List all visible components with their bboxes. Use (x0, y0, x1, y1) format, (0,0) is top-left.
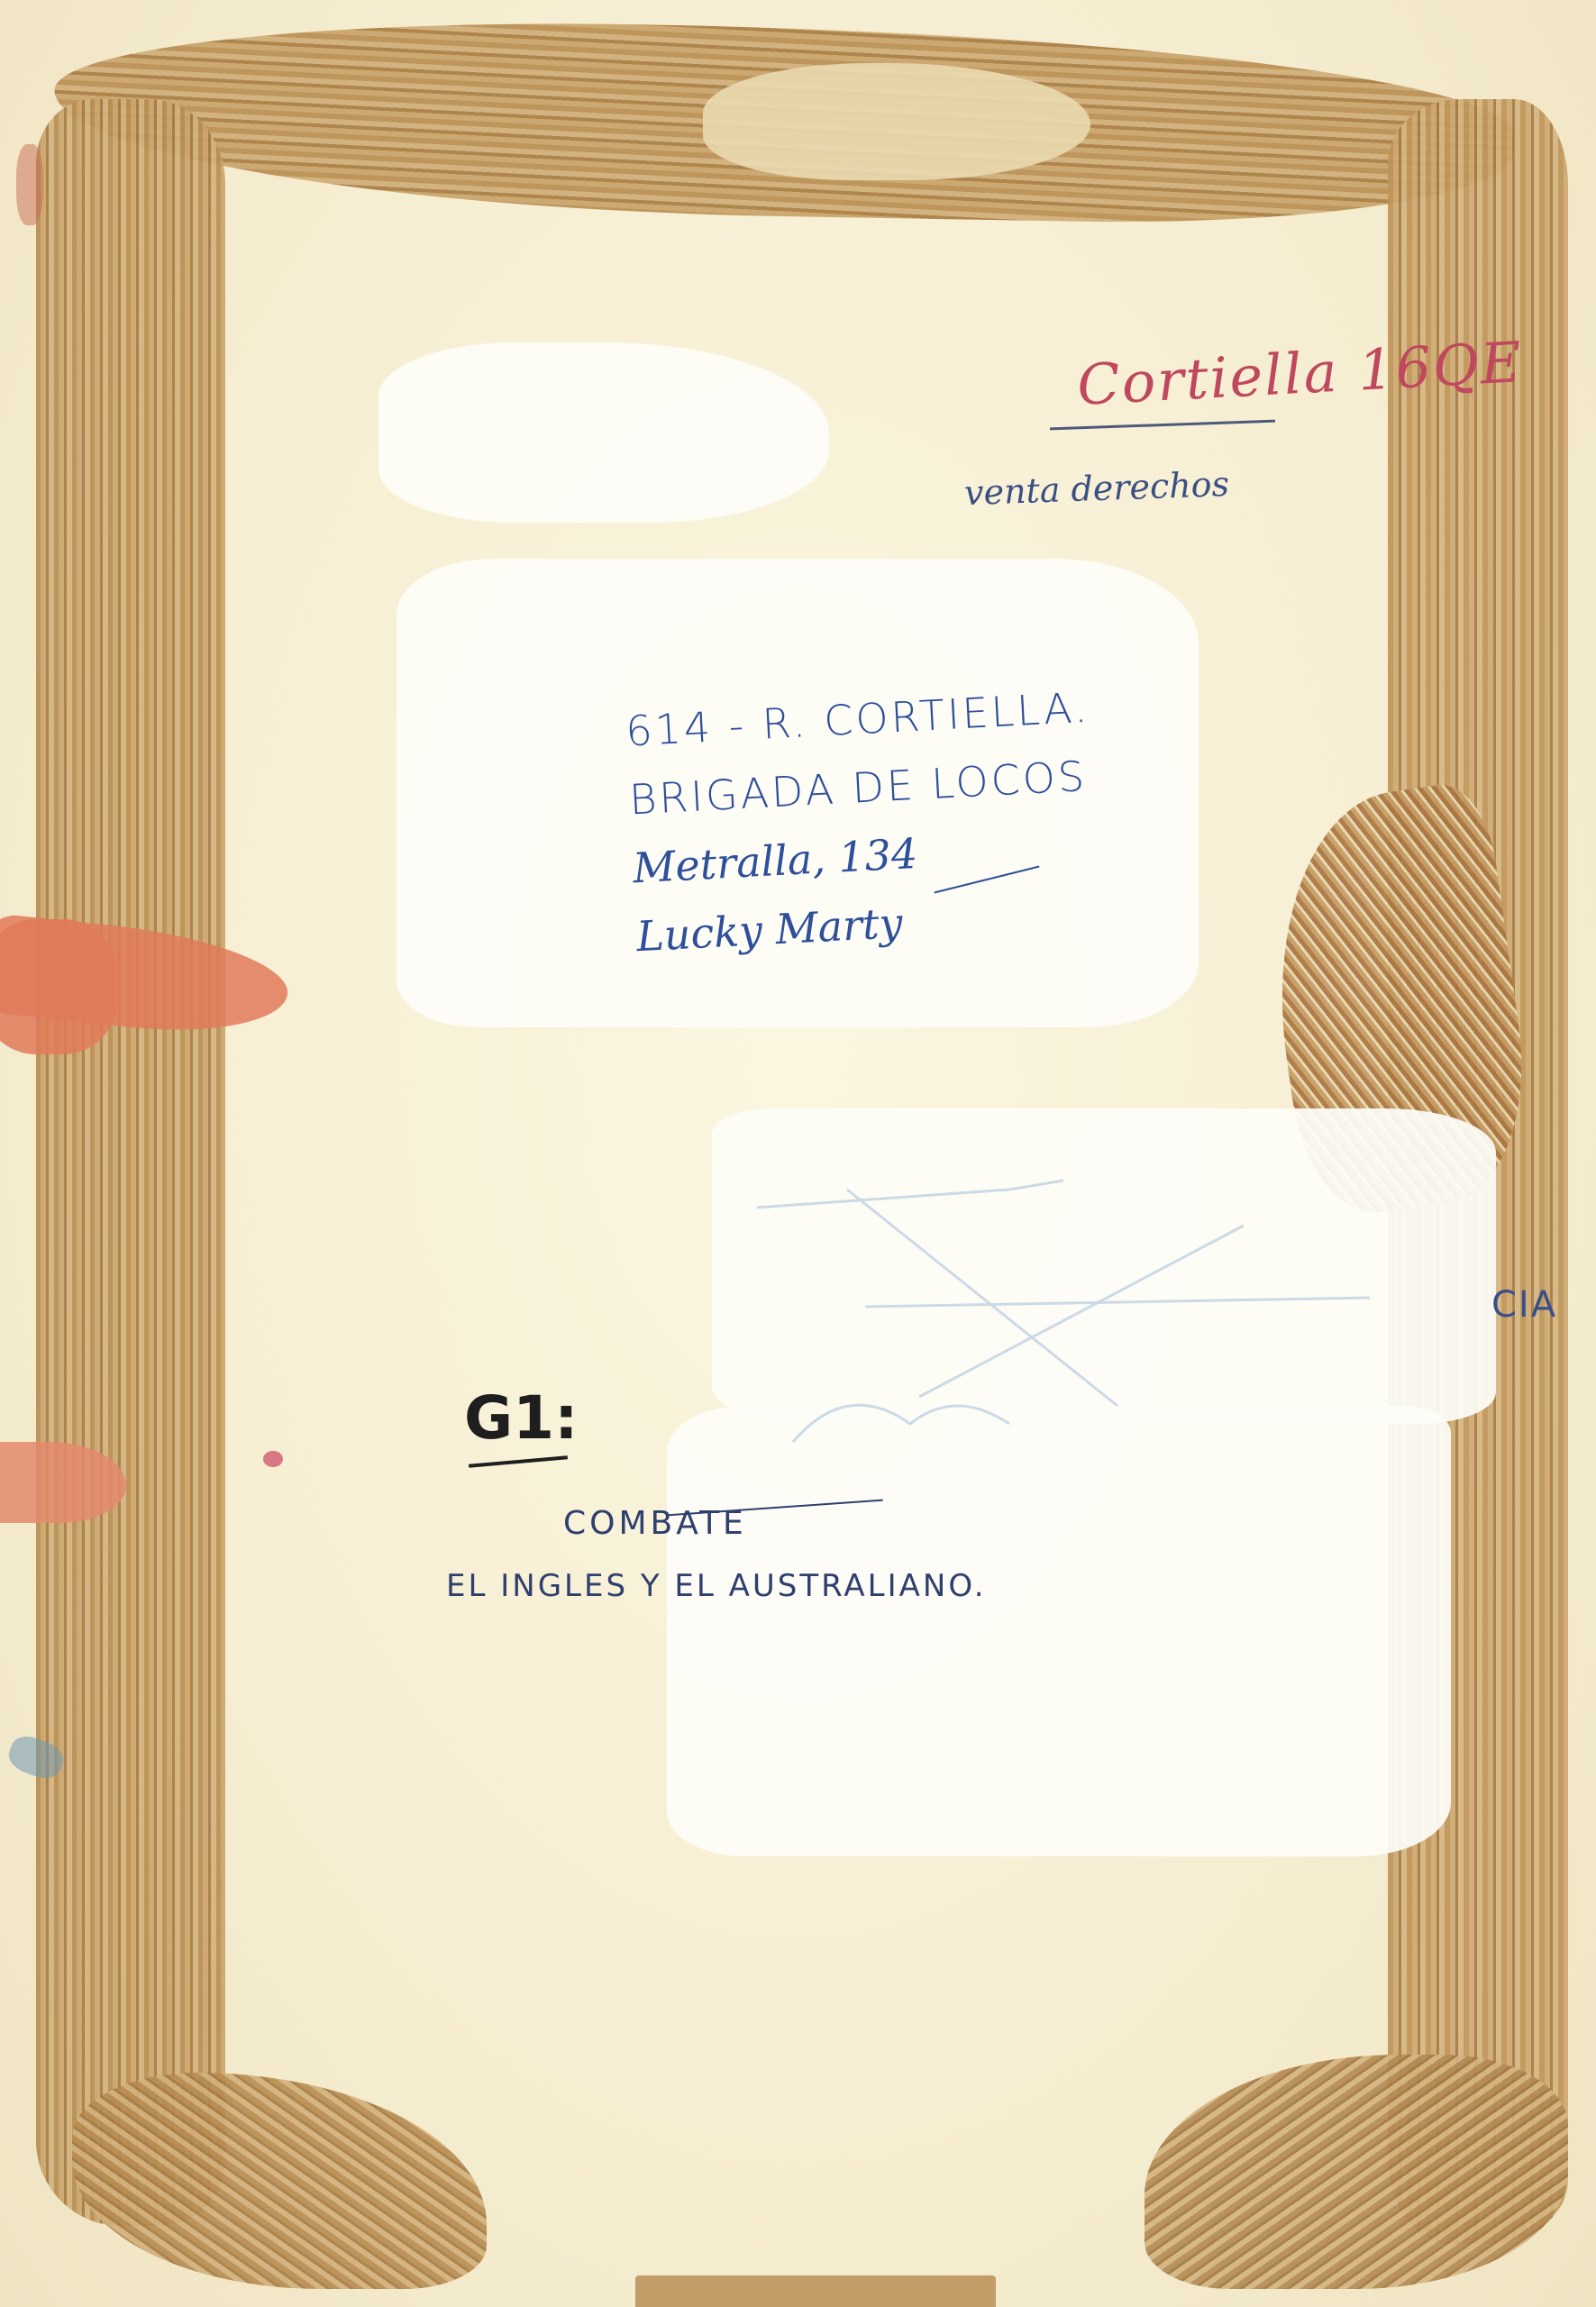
publication-info: 614 - R. CORTIELLA. BRIGADA DE LOCOS Met… (624, 673, 1102, 971)
section-underline (469, 1455, 568, 1468)
white-correction-patch (667, 1406, 1451, 1856)
pale-paint-patch (703, 63, 1090, 180)
brown-paint-frame-bottom-left (72, 2073, 487, 2289)
red-stain (16, 144, 43, 225)
brown-paint-bottom-tab (635, 2275, 996, 2307)
reference-underline (1050, 420, 1275, 431)
red-paint-dot (263, 1451, 283, 1467)
section-label: G1: (464, 1383, 579, 1453)
white-correction-patch (378, 342, 829, 523)
art-board-back: Cortiella 16QE venta derechos 614 - R. C… (0, 0, 1596, 2307)
brown-paint-frame-bottom-right (1145, 2055, 1568, 2289)
brown-paint-frame-left (36, 99, 225, 2226)
story-title: EL INGLES Y EL AUSTRALIANO. (446, 1568, 987, 1604)
edge-text-fragment: CIA (1491, 1284, 1557, 1326)
rights-note: venta derechos (963, 464, 1229, 513)
obscured-writing (739, 1153, 1442, 1460)
